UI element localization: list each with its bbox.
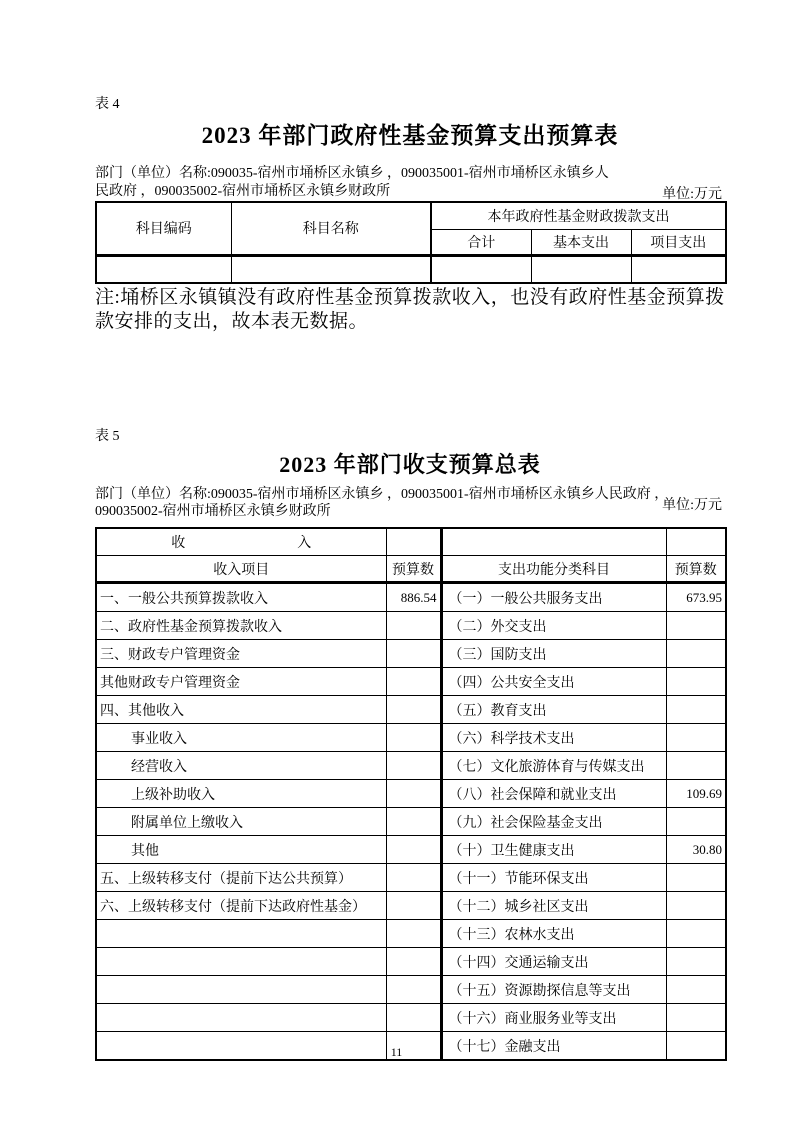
table-row: 一、一般公共预算拨款收入 886.54 （一）一般公共服务支出 673.95 <box>96 583 726 612</box>
income-item-cell <box>96 976 386 1004</box>
expense-budget-cell <box>666 948 726 976</box>
income-item-cell: 六、上级转移支付（提前下达政府性基金） <box>96 892 386 920</box>
page-number: 11 <box>0 1045 793 1060</box>
expense-budget-cell: 673.95 <box>666 583 726 612</box>
expense-item-cell: （十二）城乡社区支出 <box>441 892 666 920</box>
empty-cell <box>231 255 431 283</box>
header-total: 合计 <box>431 229 531 255</box>
header-expense-item: 支出功能分类科目 <box>441 556 666 583</box>
expense-budget-cell <box>666 1004 726 1032</box>
table5-label: 表 5 <box>95 425 120 445</box>
income-item-cell <box>96 1004 386 1032</box>
expense-item-cell: （十六）商业服务业等支出 <box>441 1004 666 1032</box>
expense-item-cell: （十四）交通运输支出 <box>441 948 666 976</box>
expense-item-cell: （九）社会保险基金支出 <box>441 808 666 836</box>
header-subject-code: 科目编码 <box>96 202 231 255</box>
expense-item-cell: （四）公共安全支出 <box>441 668 666 696</box>
income-budget-cell <box>386 696 441 724</box>
empty-cell <box>441 528 666 556</box>
income-item-cell: 一、一般公共预算拨款收入 <box>96 583 386 612</box>
table-row: 上级补助收入 （八）社会保障和就业支出 109.69 <box>96 780 726 808</box>
budget-summary-table: 收 入 收入项目 预算数 支出功能分类科目 预算数 一、一般公共预算拨款收入 8… <box>95 527 727 1061</box>
expense-budget-cell <box>666 724 726 752</box>
table-row: 六、上级转移支付（提前下达政府性基金） （十二）城乡社区支出 <box>96 892 726 920</box>
income-item-cell: 五、上级转移支付（提前下达公共预算） <box>96 864 386 892</box>
income-budget-cell <box>386 724 441 752</box>
table-row: 四、其他收入 （五）教育支出 <box>96 696 726 724</box>
table5-unit-label: 单位:万元 <box>662 494 722 514</box>
income-item-cell <box>96 948 386 976</box>
income-budget-cell <box>386 752 441 780</box>
expense-budget-cell <box>666 920 726 948</box>
table4-note: 注:埇桥区永镇镇没有政府性基金预算拨款收入，也没有政府性基金预算拨 款安排的支出… <box>95 286 725 334</box>
empty-cell <box>386 528 441 556</box>
expense-item-cell: （六）科学技术支出 <box>441 724 666 752</box>
income-item-cell: 其他 <box>96 836 386 864</box>
table-row: 三、财政专户管理资金 （三）国防支出 <box>96 640 726 668</box>
expense-item-cell: （一）一般公共服务支出 <box>441 583 666 612</box>
header-income-budget: 预算数 <box>386 556 441 583</box>
expense-item-cell: （八）社会保障和就业支出 <box>441 780 666 808</box>
empty-cell <box>431 255 531 283</box>
income-item-cell <box>96 920 386 948</box>
income-item-cell: 上级补助收入 <box>96 780 386 808</box>
table-row: 其他财政专户管理资金 （四）公共安全支出 <box>96 668 726 696</box>
table4-label: 表 4 <box>95 93 120 113</box>
expense-item-cell: （七）文化旅游体育与传媒支出 <box>441 752 666 780</box>
header-basic-expense: 基本支出 <box>531 229 631 255</box>
income-item-cell: 二、政府性基金预算拨款收入 <box>96 612 386 640</box>
expense-item-cell: （五）教育支出 <box>441 696 666 724</box>
table-row: 二、政府性基金预算拨款收入 （二）外交支出 <box>96 612 726 640</box>
empty-cell <box>96 255 231 283</box>
income-item-cell: 事业收入 <box>96 724 386 752</box>
income-budget-cell <box>386 948 441 976</box>
table4-unit-label: 单位:万元 <box>662 183 722 203</box>
income-budget-cell <box>386 668 441 696</box>
expense-budget-cell <box>666 976 726 1004</box>
table-row: （十三）农林水支出 <box>96 920 726 948</box>
table-row: 五、上级转移支付（提前下达公共预算） （十一）节能环保支出 <box>96 864 726 892</box>
table-row: 其他 （十）卫生健康支出 30.80 <box>96 836 726 864</box>
expense-budget-cell: 109.69 <box>666 780 726 808</box>
document-page: 表 4 2023 年部门政府性基金预算支出预算表 部门（单位）名称:090035… <box>0 0 793 1122</box>
expense-budget-cell: 30.80 <box>666 836 726 864</box>
income-budget-cell: 886.54 <box>386 583 441 612</box>
income-budget-cell <box>386 612 441 640</box>
gov-fund-expenditure-table: 科目编码 科目名称 本年政府性基金财政拨款支出 合计 基本支出 项目支出 <box>95 201 727 284</box>
income-item-cell: 四、其他收入 <box>96 696 386 724</box>
income-item-cell: 经营收入 <box>96 752 386 780</box>
header-subject-name: 科目名称 <box>231 202 431 255</box>
table-row: 附属单位上缴收入 （九）社会保险基金支出 <box>96 808 726 836</box>
empty-cell <box>631 255 726 283</box>
header-expense-budget: 预算数 <box>666 556 726 583</box>
income-item-cell: 附属单位上缴收入 <box>96 808 386 836</box>
table-row: 事业收入 （六）科学技术支出 <box>96 724 726 752</box>
income-budget-cell <box>386 920 441 948</box>
income-budget-cell <box>386 640 441 668</box>
table5-department-name: 部门（单位）名称:090035-宿州市埇桥区永镇乡 ，090035001-宿州市… <box>95 486 715 520</box>
income-budget-cell <box>386 1004 441 1032</box>
expense-item-cell: （十五）资源勘探信息等支出 <box>441 976 666 1004</box>
income-item-cell: 其他财政专户管理资金 <box>96 668 386 696</box>
expense-budget-cell <box>666 808 726 836</box>
income-budget-cell <box>386 976 441 1004</box>
header-project-expense: 项目支出 <box>631 229 726 255</box>
table5-title: 2023 年部门收支预算总表 <box>95 448 725 479</box>
table-row: （十五）资源勘探信息等支出 <box>96 976 726 1004</box>
header-income-item: 收入项目 <box>96 556 386 583</box>
expense-budget-cell <box>666 696 726 724</box>
income-budget-cell <box>386 780 441 808</box>
expense-budget-cell <box>666 864 726 892</box>
table-row: 经营收入 （七）文化旅游体育与传媒支出 <box>96 752 726 780</box>
expense-budget-cell <box>666 752 726 780</box>
table-row: （十六）商业服务业等支出 <box>96 1004 726 1032</box>
expense-budget-cell <box>666 640 726 668</box>
header-fund-group: 本年政府性基金财政拨款支出 <box>431 202 726 229</box>
income-budget-cell <box>386 864 441 892</box>
income-banner: 收 入 <box>96 528 386 556</box>
expense-item-cell: （十）卫生健康支出 <box>441 836 666 864</box>
expense-budget-cell <box>666 892 726 920</box>
expense-item-cell: （三）国防支出 <box>441 640 666 668</box>
expense-budget-cell <box>666 612 726 640</box>
expense-item-cell: （十三）农林水支出 <box>441 920 666 948</box>
income-budget-cell <box>386 892 441 920</box>
expense-item-cell: （十一）节能环保支出 <box>441 864 666 892</box>
expense-item-cell: （二）外交支出 <box>441 612 666 640</box>
empty-cell <box>666 528 726 556</box>
table4-department-name: 部门（单位）名称:090035-宿州市埇桥区永镇乡 ，090035001-宿州市… <box>95 165 670 200</box>
income-item-cell: 三、财政专户管理资金 <box>96 640 386 668</box>
table4-title: 2023 年部门政府性基金预算支出预算表 <box>95 117 725 150</box>
empty-cell <box>531 255 631 283</box>
income-budget-cell <box>386 836 441 864</box>
table-row: （十四）交通运输支出 <box>96 948 726 976</box>
income-budget-cell <box>386 808 441 836</box>
expense-budget-cell <box>666 668 726 696</box>
